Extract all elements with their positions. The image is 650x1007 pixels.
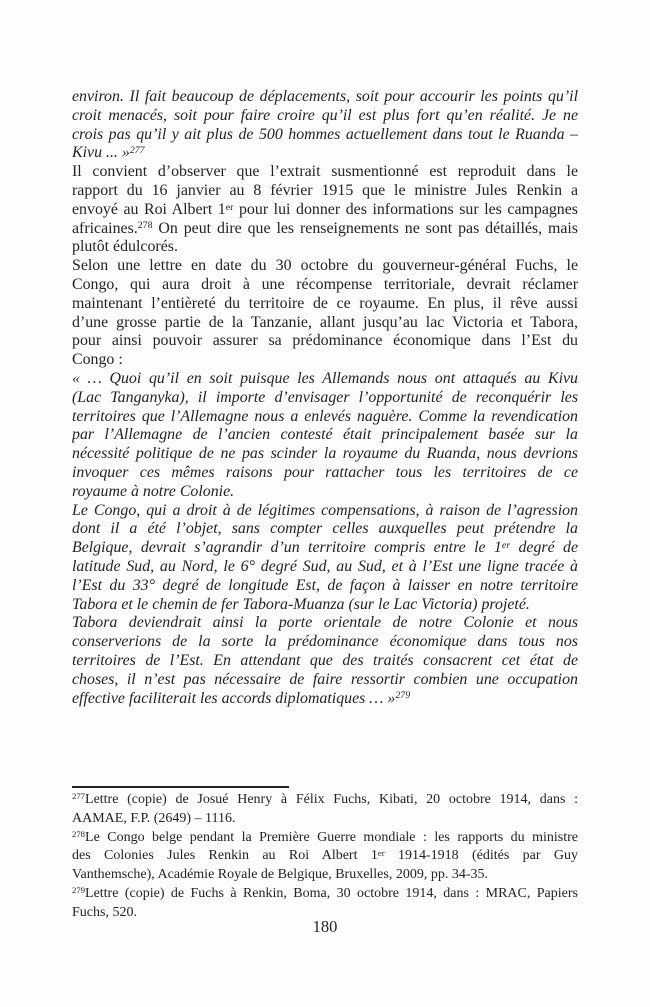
text-line: africaines.278 On peut dire que les rens…: [72, 220, 578, 239]
paragraph: Tabora deviendrait ainsi la porte orient…: [72, 614, 578, 708]
text-run: Selon une lettre en date du 30 octobre d…: [72, 257, 578, 274]
text-run: pour lui donner des informations sur les…: [233, 201, 578, 218]
text-line: par l’Allemagne de l’ancien contesté éta…: [72, 426, 578, 445]
text-line: croit menacés, soit pour faire croire qu…: [72, 107, 578, 126]
footnote: 277Lettre (copie) de Josué Henry à Félix…: [72, 791, 578, 829]
text-line: choses, il n’est pas nécessaire de faire…: [72, 671, 578, 690]
text-line: Belgique, devrait s’agrandir d’un territ…: [72, 539, 578, 558]
paragraph: Le Congo, qui a droit à de légitimes com…: [72, 502, 578, 615]
text-line: 278Le Congo belge pendant la Première Gu…: [72, 829, 578, 848]
text-line: effective faciliterait les accords diplo…: [72, 690, 578, 709]
text-run: conserverions de la sorte la prédominanc…: [72, 633, 578, 650]
text-run: (Lac Tanganyka), il importe d’envisager …: [72, 389, 578, 406]
text-run: des Colonies Jules Renkin au Roi Albert …: [72, 848, 378, 863]
superscript-note-ref: 277: [130, 145, 145, 156]
page-number: 180: [72, 916, 578, 937]
text-run: environ. Il fait beaucoup de déplacement…: [72, 88, 578, 105]
paragraph: environ. Il fait beaucoup de déplacement…: [72, 88, 578, 163]
text-run: Kivu ... »: [72, 144, 130, 161]
text-line: « … Quoi qu’il en soit puisque les Allem…: [72, 370, 578, 389]
text-run: Belgique, devrait s’agrandir d’un territ…: [72, 539, 502, 556]
text-line: crois pas qu’il y ait plus de 500 hommes…: [72, 126, 578, 145]
text-line: Congo :: [72, 351, 578, 370]
text-run: africaines.: [72, 220, 138, 237]
text-line: envoyé au Roi Albert 1er pour lui donner…: [72, 201, 578, 220]
superscript-note-ref: 278: [138, 220, 153, 231]
text-line: (Lac Tanganyka), il importe d’envisager …: [72, 389, 578, 408]
text-line: dont il a été l’objet, sans compter cell…: [72, 520, 578, 539]
text-line: territoires de l’Est. En attendant que d…: [72, 652, 578, 671]
text-run: crois pas qu’il y ait plus de 500 hommes…: [72, 126, 578, 143]
text-line: 279Lettre (copie) de Fuchs à Renkin, Bom…: [72, 885, 578, 904]
text-run: envoyé au Roi Albert 1: [72, 201, 226, 218]
text-line: Le Congo, qui a droit à de légitimes com…: [72, 502, 578, 521]
superscript-note-ref: 279: [395, 690, 410, 701]
text-run: Le Congo, qui a droit à de légitimes com…: [72, 502, 578, 519]
text-run: Lettre (copie) de Josué Henry à Félix Fu…: [85, 792, 578, 807]
text-line: pour ainsi pouvoir assurer sa prédominan…: [72, 332, 578, 351]
text-run: par l’Allemagne de l’ancien contesté éta…: [72, 426, 578, 443]
text-line: Vanthemsche), Académie Royale de Belgiqu…: [72, 866, 578, 885]
text-run: pour ainsi pouvoir assurer sa prédominan…: [72, 332, 578, 349]
text-run: latitude Sud, au Nord, le 6° degré Sud, …: [72, 558, 578, 575]
text-run: invoquer ces mêmes raisons pour rattache…: [72, 464, 578, 481]
text-run: Congo, qui aura droit à une récompense t…: [72, 276, 578, 293]
text-line: plutôt édulcorés.: [72, 238, 578, 257]
text-line: 277Lettre (copie) de Josué Henry à Félix…: [72, 791, 578, 810]
text-run: territoires que l’Allemagne nous a enlev…: [72, 408, 578, 425]
text-run: d’une grosse partie de la Tanzanie, alla…: [72, 314, 578, 331]
text-line: Tabora et le chemin de fer Tabora-Muanza…: [72, 596, 578, 615]
superscript-note-ref: 279: [72, 885, 85, 895]
text-line: maintenant l’entièreté du territoire de …: [72, 295, 578, 314]
text-line: d’une grosse partie de la Tanzanie, alla…: [72, 314, 578, 333]
paragraph: Selon une lettre en date du 30 octobre d…: [72, 257, 578, 370]
footnotes-section: 277Lettre (copie) de Josué Henry à Félix…: [72, 791, 578, 923]
text-run: Vanthemsche), Académie Royale de Belgiqu…: [72, 867, 488, 882]
text-run: AAMAE, F.P. (2649) – 1116.: [72, 811, 236, 826]
text-run: degré de: [510, 539, 578, 556]
text-run: effective faciliterait les accords diplo…: [72, 690, 395, 707]
text-line: environ. Il fait beaucoup de déplacement…: [72, 88, 578, 107]
footnote-separator-rule: [72, 786, 289, 788]
paragraph: « … Quoi qu’il en soit puisque les Allem…: [72, 370, 578, 502]
text-line: royaume à notre Colonie.: [72, 483, 578, 502]
text-run: Tabora et le chemin de fer Tabora-Muanza…: [72, 596, 530, 613]
text-line: rapport du 16 janvier au 8 février 1915 …: [72, 182, 578, 201]
text-run: dont il a été l’objet, sans compter cell…: [72, 520, 578, 537]
footnote: 278Le Congo belge pendant la Première Gu…: [72, 829, 578, 885]
text-line: l’Est du 33° degré de longitude Est, de …: [72, 577, 578, 596]
text-line: Congo, qui aura droit à une récompense t…: [72, 276, 578, 295]
text-run: choses, il n’est pas nécessaire de faire…: [72, 671, 578, 688]
body-text-block: environ. Il fait beaucoup de déplacement…: [72, 88, 578, 708]
superscript-note-ref: 278: [72, 829, 85, 839]
text-run: royaume à notre Colonie.: [72, 483, 234, 500]
text-run: territoires de l’Est. En attendant que d…: [72, 652, 578, 669]
text-line: latitude Sud, au Nord, le 6° degré Sud, …: [72, 558, 578, 577]
superscript-note-ref: er: [502, 540, 510, 551]
text-run: 1914-1918 (édités par Guy: [385, 848, 578, 863]
text-line: Tabora deviendrait ainsi la porte orient…: [72, 614, 578, 633]
text-run: plutôt édulcorés.: [72, 238, 178, 255]
text-run: Tabora deviendrait ainsi la porte orient…: [72, 614, 578, 631]
text-line: Selon une lettre en date du 30 octobre d…: [72, 257, 578, 276]
superscript-note-ref: er: [378, 848, 385, 858]
text-run: « … Quoi qu’il en soit puisque les Allem…: [72, 370, 578, 387]
text-line: des Colonies Jules Renkin au Roi Albert …: [72, 847, 578, 866]
text-line: Kivu ... »277: [72, 144, 578, 163]
text-run: Il convient d’observer que l’extrait sus…: [72, 163, 578, 180]
text-line: nécessité politique de ne pas scinder la…: [72, 445, 578, 464]
paragraph: Il convient d’observer que l’extrait sus…: [72, 163, 578, 257]
text-line: invoquer ces mêmes raisons pour rattache…: [72, 464, 578, 483]
text-run: Congo :: [72, 351, 123, 368]
text-run: l’Est du 33° degré de longitude Est, de …: [72, 577, 578, 594]
text-run: On peut dire que les renseignements ne s…: [153, 220, 579, 237]
text-run: Lettre (copie) de Fuchs à Renkin, Boma, …: [85, 886, 578, 901]
superscript-note-ref: 277: [72, 791, 85, 801]
text-line: AAMAE, F.P. (2649) – 1116.: [72, 810, 578, 829]
text-line: Il convient d’observer que l’extrait sus…: [72, 163, 578, 182]
text-run: Le Congo belge pendant la Première Guerr…: [85, 830, 578, 845]
text-run: maintenant l’entièreté du territoire de …: [72, 295, 578, 312]
text-line: territoires que l’Allemagne nous a enlev…: [72, 408, 578, 427]
text-run: croit menacés, soit pour faire croire qu…: [72, 107, 578, 124]
text-run: rapport du 16 janvier au 8 février 1915 …: [72, 182, 578, 199]
document-page: environ. Il fait beaucoup de déplacement…: [0, 0, 650, 1007]
text-run: nécessité politique de ne pas scinder la…: [72, 445, 578, 462]
superscript-note-ref: er: [226, 202, 234, 213]
text-line: conserverions de la sorte la prédominanc…: [72, 633, 578, 652]
